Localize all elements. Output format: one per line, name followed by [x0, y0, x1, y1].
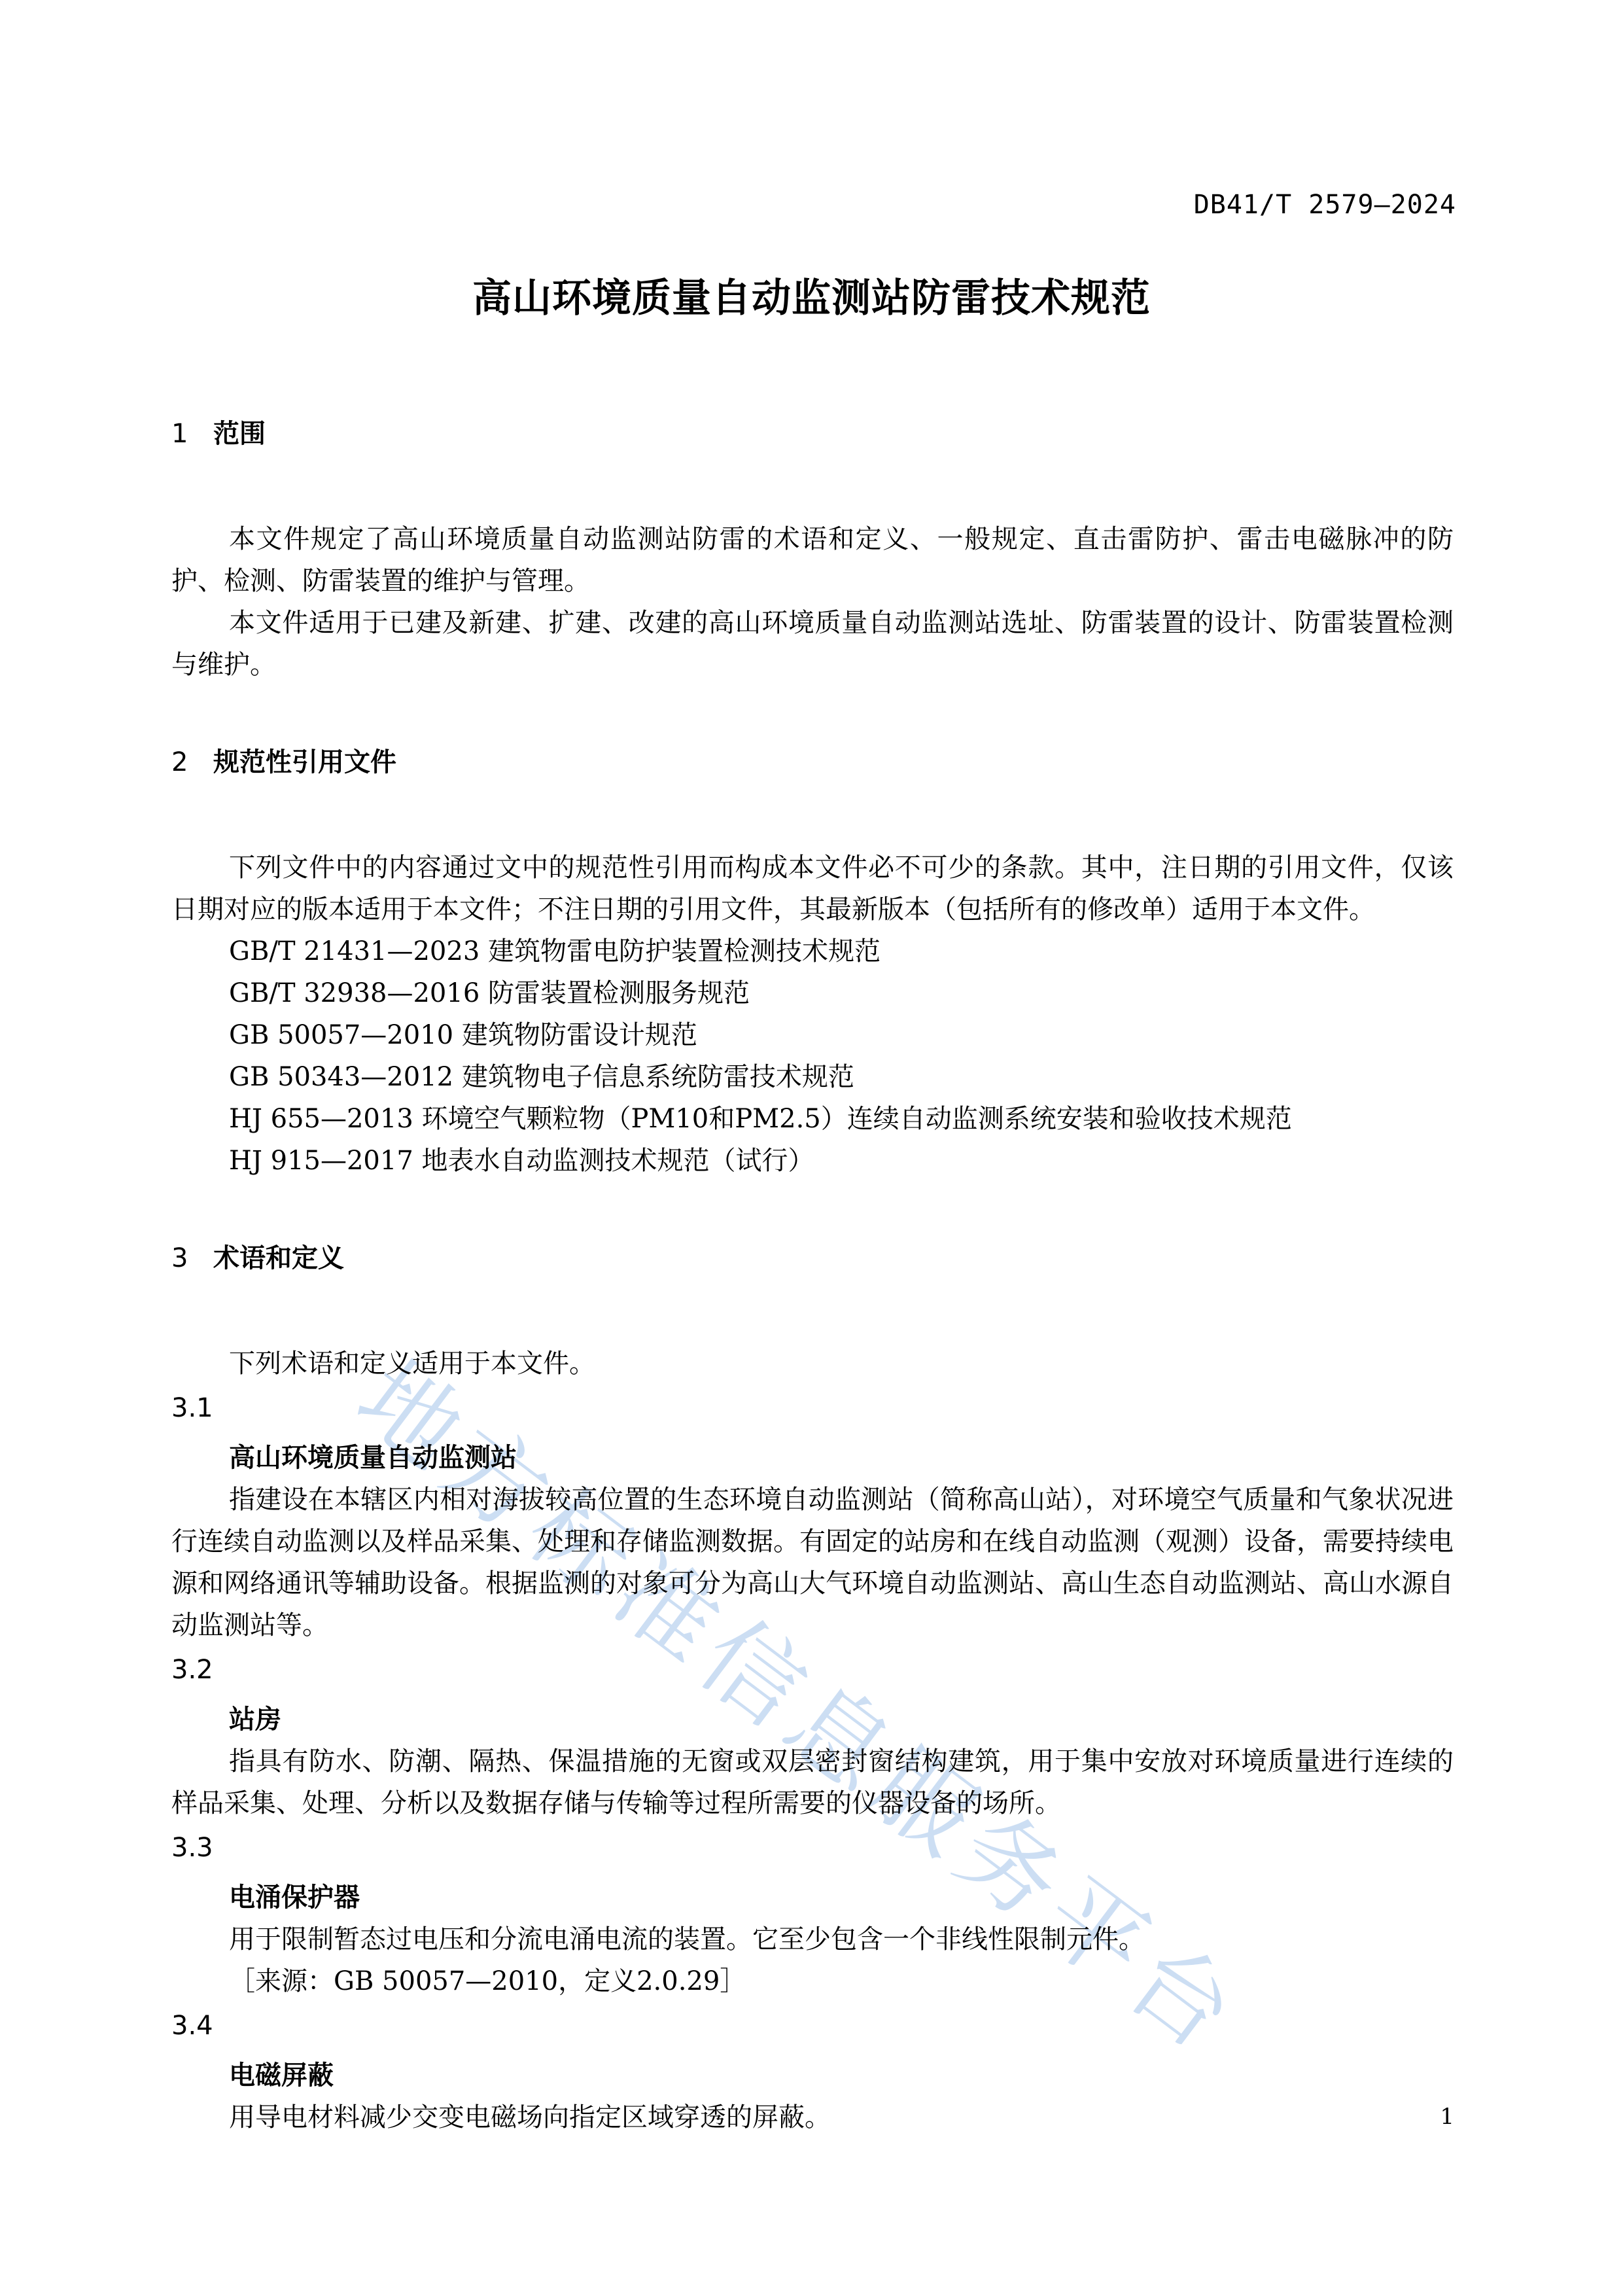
section-number: 2 [171, 741, 213, 784]
section-title: 范围 [213, 419, 266, 449]
term-source: ［来源：GB 50057—2010，定义2.0.29］ [171, 1960, 1454, 2002]
section-number: 1 [171, 412, 213, 455]
term-number: 3.4 [171, 2005, 1454, 2047]
term-definition: 用于限制暂态过电压和分流电涌电流的装置。它至少包含一个非线性限制元件。 [171, 1918, 1454, 1960]
term-entry: 3.4 电磁屏蔽 用导电材料减少交变电磁场向指定区域穿透的屏蔽。 [171, 2005, 1454, 2138]
reference-item: HJ 655—2013 环境空气颗粒物（PM10和PM2.5）连续自动监测系统安… [171, 1098, 1454, 1140]
term-entry: 3.1 高山环境质量自动监测站 指建设在本辖区内相对海拔较高位置的生态环境自动监… [171, 1387, 1454, 1646]
paragraph: 本文件规定了高山环境质量自动监测站防雷的术语和定义、一般规定、直击雷防护、雷击电… [171, 518, 1454, 602]
reference-item: GB 50057—2010 建筑物防雷设计规范 [171, 1014, 1454, 1056]
term-entry: 3.3 电涌保护器 用于限制暂态过电压和分流电涌电流的装置。它至少包含一个非线性… [171, 1827, 1454, 2002]
term-number: 3.1 [171, 1387, 1454, 1429]
section-number: 3 [171, 1237, 213, 1280]
reference-item: HJ 915—2017 地表水自动监测技术规范（试行） [171, 1140, 1454, 1182]
term-number: 3.2 [171, 1649, 1454, 1691]
reference-item: GB/T 32938—2016 防雷装置检测服务规范 [171, 972, 1454, 1014]
standard-code: DB41/T 2579—2024 [1194, 190, 1456, 220]
term-entry: 3.2 站房 指具有防水、防潮、隔热、保温措施的无窗或双层密封窗结构建筑，用于集… [171, 1649, 1454, 1824]
document-body: 1范围 本文件规定了高山环境质量自动监测站防雷的术语和定义、一般规定、直击雷防护… [171, 412, 1454, 2138]
term-definition: 指建设在本辖区内相对海拔较高位置的生态环境自动监测站（简称高山站），对环境空气质… [171, 1479, 1454, 1646]
term-name: 电磁屏蔽 [171, 2055, 1454, 2096]
section-title: 术语和定义 [213, 1243, 344, 1273]
paragraph: 下列文件中的内容通过文中的规范性引用而构成本文件必不可少的条款。其中，注日期的引… [171, 847, 1454, 930]
section-title: 规范性引用文件 [213, 747, 396, 777]
reference-item: GB 50343—2012 建筑物电子信息系统防雷技术规范 [171, 1056, 1454, 1098]
paragraph: 下列术语和定义适用于本文件。 [171, 1343, 1454, 1385]
reference-item: GB/T 21431—2023 建筑物雷电防护装置检测技术规范 [171, 930, 1454, 972]
page-number: 1 [1440, 2104, 1454, 2130]
term-name: 站房 [171, 1699, 1454, 1740]
term-definition: 用导电材料减少交变电磁场向指定区域穿透的屏蔽。 [171, 2096, 1454, 2138]
paragraph: 本文件适用于已建及新建、扩建、改建的高山环境质量自动监测站选址、防雷装置的设计、… [171, 602, 1454, 686]
section-heading-scope: 1范围 [171, 412, 1454, 455]
document-title: 高山环境质量自动监测站防雷技术规范 [0, 267, 1623, 323]
term-number: 3.3 [171, 1827, 1454, 1869]
term-name: 电涌保护器 [171, 1877, 1454, 1918]
section-heading-terms-definitions: 3术语和定义 [171, 1237, 1454, 1280]
term-definition: 指具有防水、防潮、隔热、保温措施的无窗或双层密封窗结构建筑，用于集中安放对环境质… [171, 1740, 1454, 1824]
section-heading-normative-references: 2规范性引用文件 [171, 741, 1454, 784]
term-name: 高山环境质量自动监测站 [171, 1437, 1454, 1479]
document-page: 地方标准信息服务平台 DB41/T 2579—2024 高山环境质量自动监测站防… [0, 0, 1623, 2296]
